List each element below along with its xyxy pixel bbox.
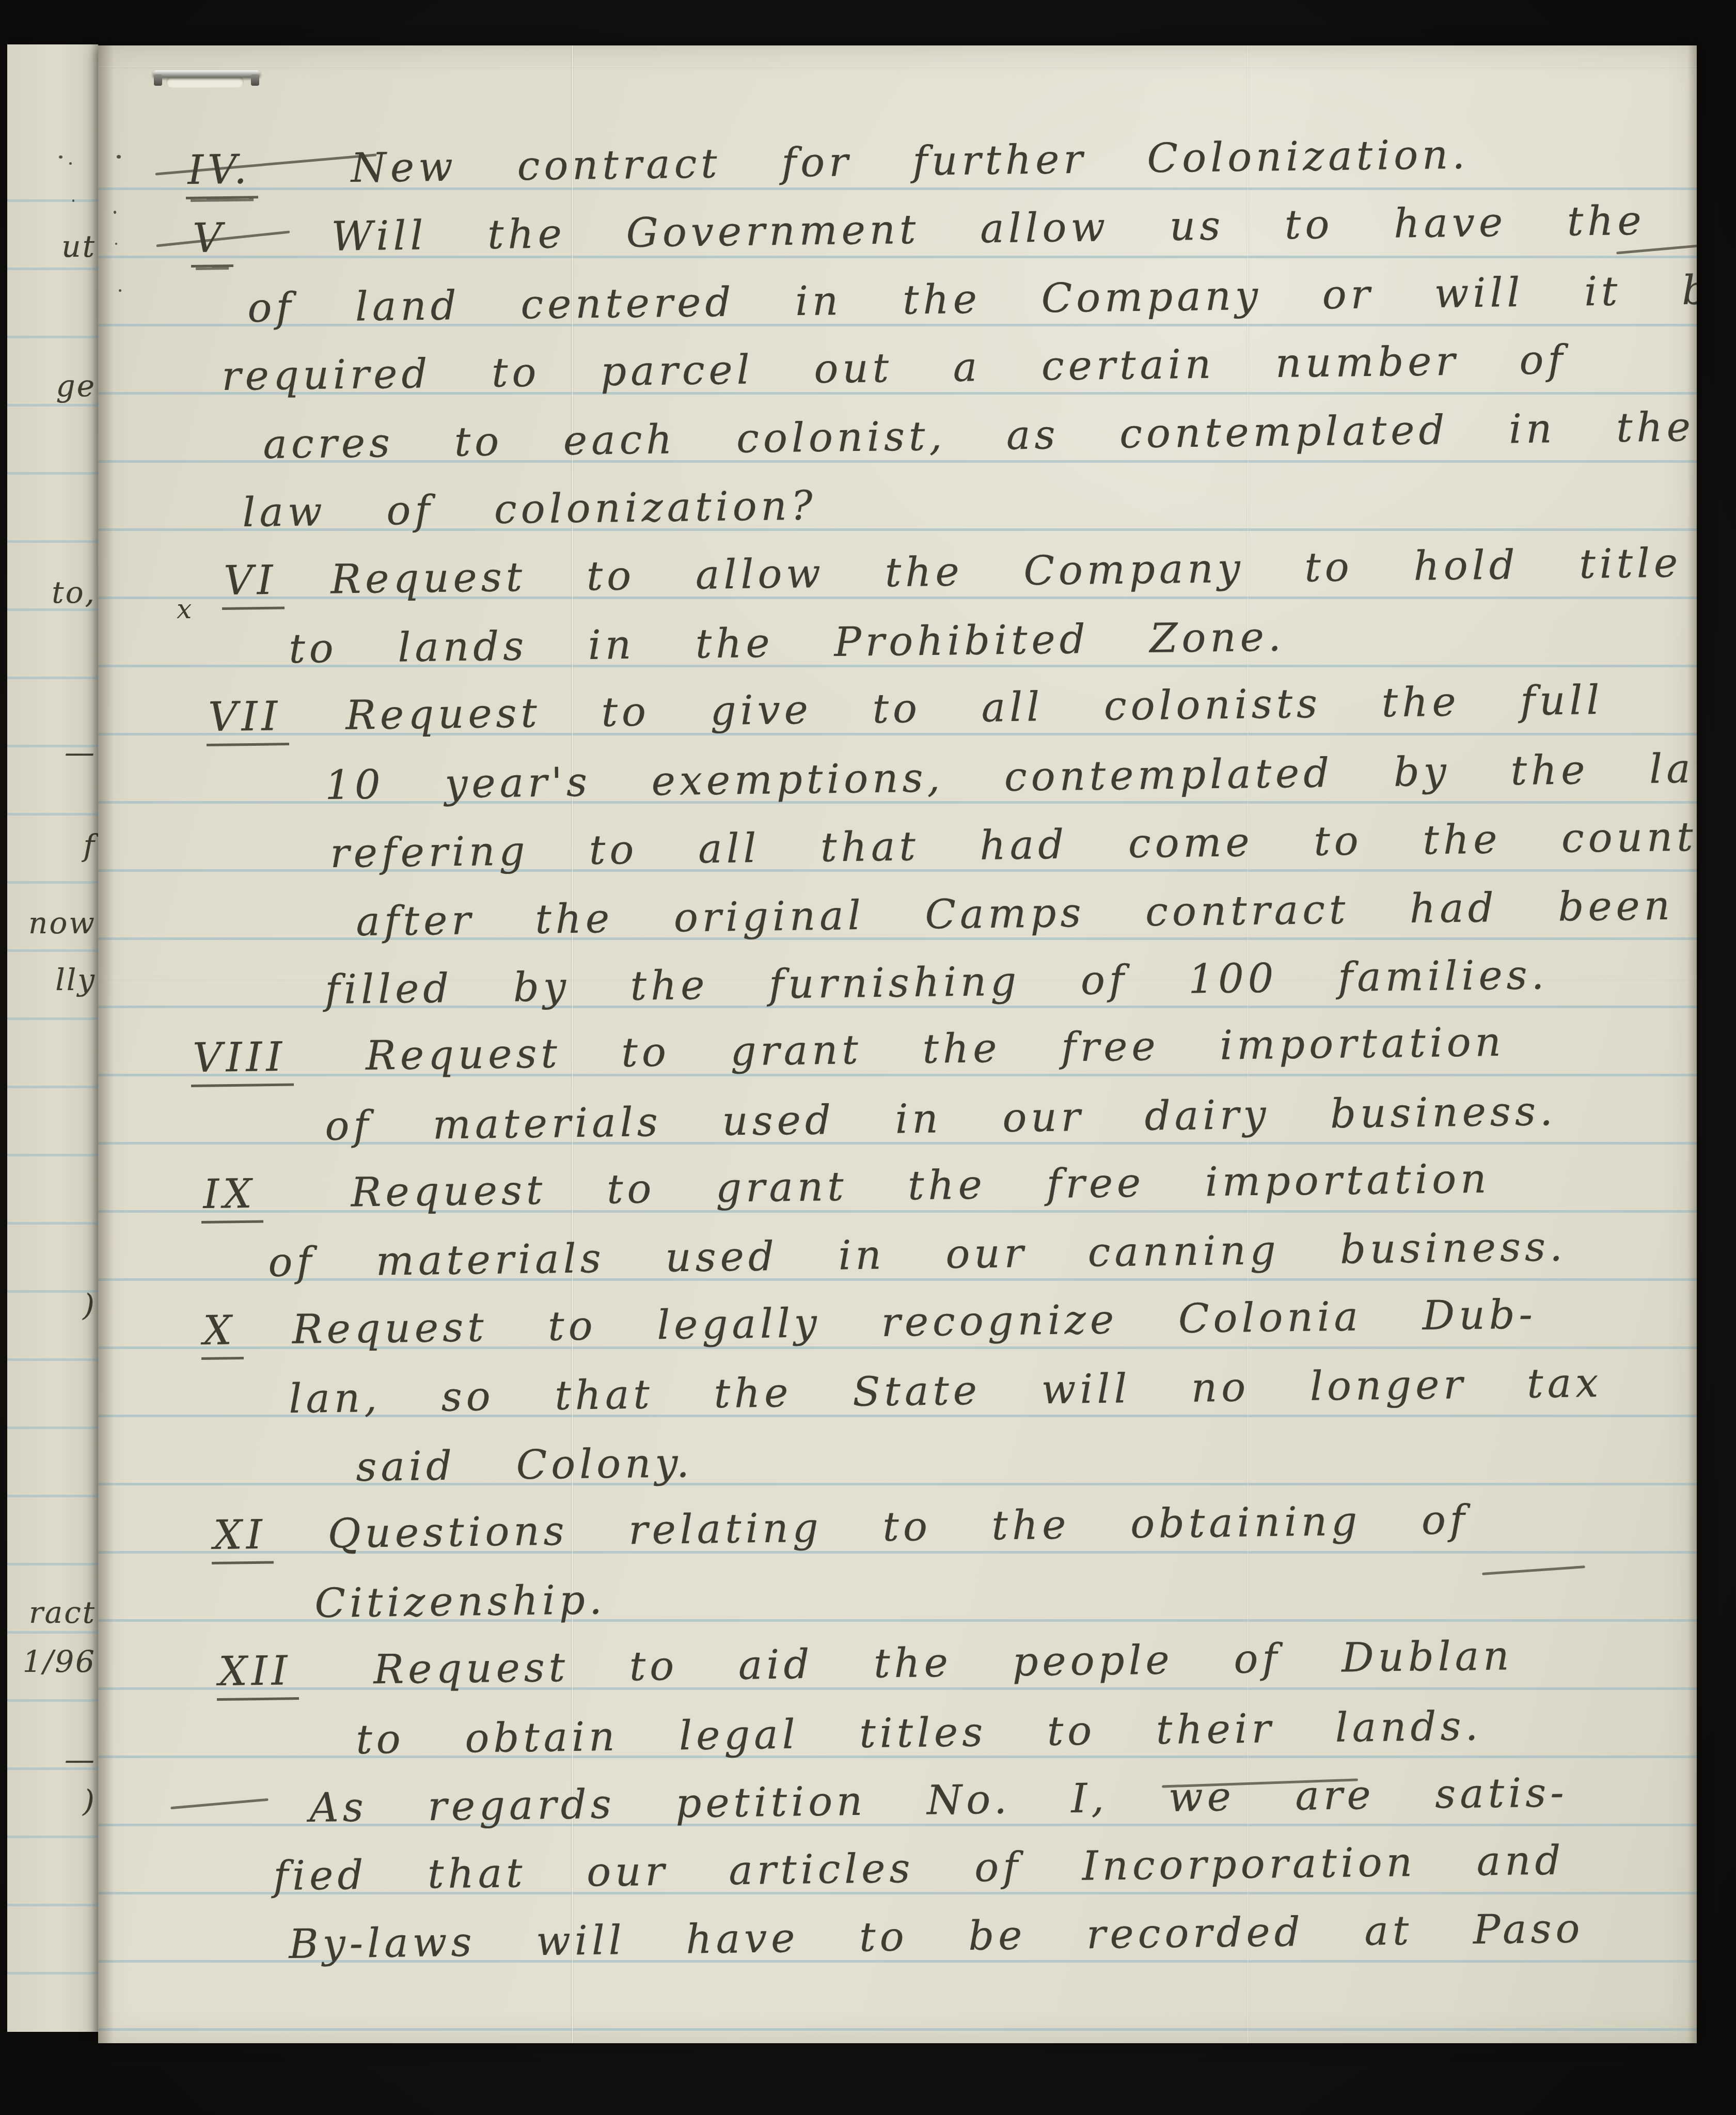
- staple-leg: [251, 74, 259, 86]
- page-edge-fragment: ): [83, 1786, 96, 1816]
- pin-hole: [117, 155, 121, 159]
- list-numeral: XI: [211, 1512, 274, 1564]
- staple-leg: [154, 74, 162, 86]
- handwritten-line: said Colony.: [356, 1438, 694, 1493]
- page-edge-fragment: lly: [55, 965, 96, 995]
- staple-bar: [153, 70, 260, 77]
- line-text: to lands in the Prohibited Zone.: [289, 614, 1285, 672]
- document-page: x IV.New contract for further Colonizati…: [98, 45, 1697, 2043]
- page-edge-shadow: [1687, 45, 1697, 2043]
- list-numeral: VII: [206, 693, 289, 746]
- page-edge-fragment: ut: [61, 231, 96, 261]
- page-edge-fragment: f: [84, 831, 96, 860]
- handwritten-line: law of colonization?: [242, 481, 817, 538]
- staple: [153, 70, 260, 87]
- page-edge-fragment: 1/96: [23, 1647, 96, 1677]
- pin-hole: [115, 243, 117, 245]
- list-numeral: V: [191, 215, 234, 268]
- line-text: said Colony.: [356, 1440, 694, 1491]
- pin-hole: [69, 162, 72, 165]
- line-text: New contract for further Colonization.: [351, 132, 1469, 192]
- previous-page-edge: ut ge to, — f now lly ) ract 1/96 — ): [7, 44, 98, 2032]
- document-scan: ut ge to, — f now lly ) ract 1/96 — ): [0, 0, 1736, 2115]
- page-edge-shadow: [98, 45, 114, 2043]
- list-numeral: VI: [222, 557, 285, 610]
- page-edge-fragment: to,: [52, 577, 96, 607]
- list-numeral: VIII: [191, 1034, 294, 1087]
- page-edge-fragment: —: [65, 1745, 96, 1775]
- staple-tear-mark: [166, 76, 244, 88]
- list-numeral: IX: [201, 1171, 264, 1224]
- pin-hole: [72, 199, 74, 202]
- list-numeral: X: [201, 1307, 244, 1360]
- handwritten-line: Citizenship.: [314, 1575, 606, 1629]
- line-text: law of colonization?: [242, 482, 817, 536]
- page-edge-fragment: ): [83, 1290, 96, 1320]
- page-edge-fragment: ge: [56, 371, 96, 401]
- list-numeral: IV.: [185, 146, 259, 199]
- page-edge-fragment: now: [28, 908, 96, 938]
- pin-hole: [59, 155, 62, 159]
- x-annotation-mark: x: [177, 594, 192, 625]
- handwritten-line: IV.New contract for further Colonization…: [185, 130, 1470, 196]
- line-text: Citizenship.: [314, 1577, 606, 1627]
- page-edge-fragment: ract: [29, 1597, 96, 1627]
- list-numeral: XII: [216, 1648, 299, 1701]
- pin-hole: [119, 289, 121, 292]
- pin-hole: [114, 211, 116, 214]
- page-edge-fragment: —: [65, 738, 96, 767]
- fold-crease: [98, 66, 1697, 68]
